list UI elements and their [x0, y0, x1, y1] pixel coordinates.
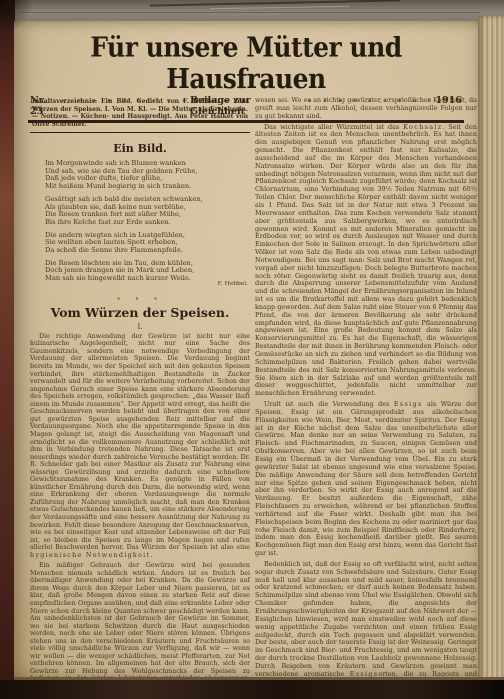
toc-label: Inhaltsverzeichnis: — [32, 98, 97, 105]
poem-stanzas: Im Morgenwinde sah ich Blumen wankenUnd … — [30, 160, 250, 283]
poem-stanza: Die andern wiegten sich in Lustgefühlen,… — [45, 232, 250, 255]
masthead-title: Für unsere Mütter und Hausfrauen — [24, 32, 468, 95]
paragraph: Bedenklich ist, daß der Essig so oft ver… — [255, 561, 477, 687]
poem-title: Ein Bild. — [30, 142, 250, 155]
scan-artifact — [0, 0, 34, 34]
scan-artifact — [20, 12, 480, 13]
paragraph: Das wichtigste aller Würzmittel ist das … — [255, 124, 477, 399]
column-right: wesen sei. Wo es an richtig gewürzter, e… — [255, 97, 477, 689]
poem-line: Bis ihre Kelche fast zur Erde sanken. — [45, 219, 250, 227]
scan-artifact — [210, 6, 350, 9]
poem-stanza: Die Rosen löschten sie im Tau, dem kühle… — [45, 260, 250, 283]
scan-artifact — [150, 0, 400, 7]
poem-line: Mit heißem Mund begierig in sich tranken… — [45, 183, 250, 191]
paragraph: Uralt ist auch die Verwendung des Essigs… — [255, 401, 477, 558]
poem-stanza: Gesättigt sah ich bald die meisten schwa… — [45, 196, 250, 227]
scan-background-top — [0, 0, 504, 23]
section-separator-dots: ∘ ∘ ∘ — [30, 294, 250, 303]
book-spine-left — [0, 0, 15, 699]
page-stack-right — [478, 16, 504, 685]
paragraph: wesen sei. Wo es an richtig gewürzter, e… — [255, 97, 477, 121]
newspaper-page: Für unsere Mütter und Hausfrauen Nr. 23 … — [14, 21, 478, 680]
article-title: Vom Würzen der Speisen. — [30, 305, 250, 320]
paragraph: Die richtige Anwendung der Gewürze ist n… — [30, 333, 250, 559]
column-left: Inhaltsverzeichnis: Ein Bild. Gedicht vo… — [30, 97, 250, 699]
scan-background-bottom — [0, 680, 504, 699]
poem-stanza: Im Morgenwinde sah ich Blumen wankenUnd … — [45, 160, 250, 191]
poem-line: Da schoß die Sonne ihre Flammenpfeile. — [45, 247, 250, 255]
column-left-body: Die richtige Anwendung der Gewürze ist n… — [30, 333, 250, 698]
article-part-number: I. — [30, 323, 250, 331]
scanned-page: Für unsere Mütter und Hausfrauen Nr. 23 … — [0, 0, 504, 699]
column-right-body: wesen sei. Wo es an richtig gewürzter, e… — [255, 97, 477, 686]
table-of-contents: Inhaltsverzeichnis: Ein Bild. Gedicht vo… — [30, 97, 250, 133]
